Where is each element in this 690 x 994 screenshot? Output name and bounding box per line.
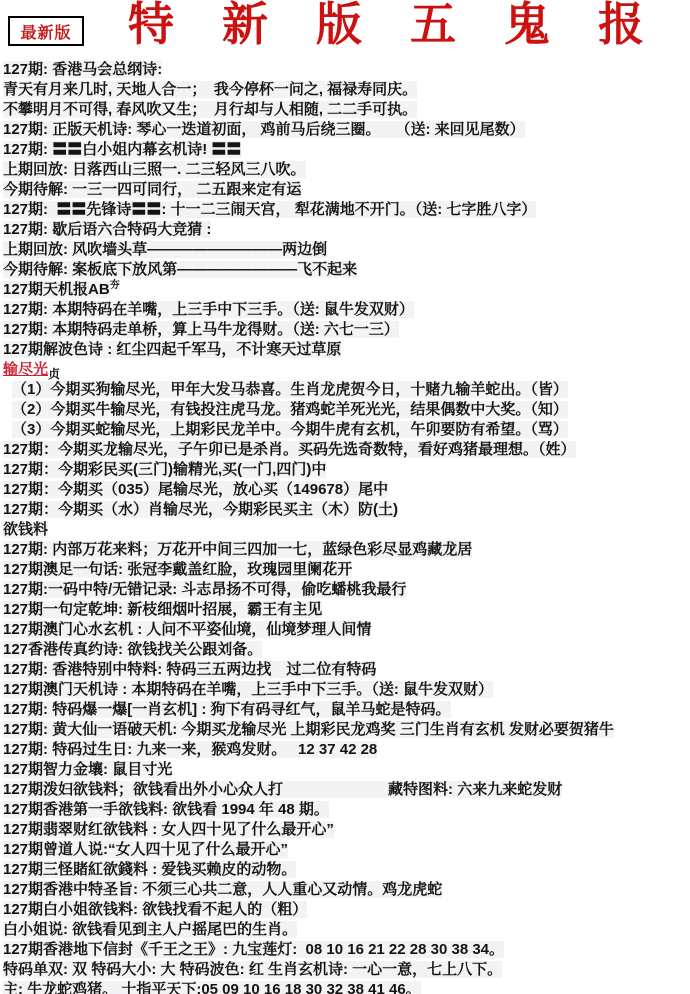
tip-line: 127期：今期买（035）尾输尽光，放心买（149678）尾中: [3, 480, 690, 500]
page-title: 特 新 版 五 鬼 报: [128, 0, 660, 52]
tip-line: 127期天机报AB夯: [3, 280, 690, 300]
tip-line: 127期香港地下信封《千王之王》: 九宝莲灯: 08 10 16 21 22 2…: [3, 940, 690, 960]
tip-line-text: 127期：今期买（035）尾输尽光，放心买（149678）尾中: [3, 481, 388, 498]
tip-line: 白小姐说: 欲钱看见到主人户摇尾巴的生肖。: [3, 920, 690, 940]
tip-line-text: 青天有月来几时, 天地人合一； 我今停杯一问之, 福禄寿同庆。: [3, 81, 417, 98]
tip-line-text: 127期：今期买龙输尽光，子午卯已是杀肖。买码先选奇数特，看好鸡猪最理想。（姓）: [3, 441, 576, 458]
tip-line: （3）今期买蛇输尽光，上期彩民龙羊中。今期牛虎有玄机，午卯要防有希望。（骂）: [3, 420, 690, 440]
tip-line: 不攀明月不可得, 春风吹又生； 月行却与人相随, 二二手可执。: [3, 100, 690, 120]
tip-line-text: 白小姐说: 欲钱看见到主人户摇尾巴的生肖。: [3, 921, 297, 938]
tip-line-text: 127香港传真约诗: 欲钱找关公跟刘备。: [3, 641, 262, 658]
tip-line: 127期:一码中特/无错记录: 斗志昂扬不可得，偷吃蟠桃我最行: [3, 580, 690, 600]
tip-line: 127期：今期彩民买(三门)输精光,买(一门,四门)中: [3, 460, 690, 480]
tip-line-text: 欲钱料: [3, 521, 48, 538]
tip-line-text: 127期曾道人说:“女人四十见了什么最开心”: [3, 841, 288, 858]
tip-line: 127期: 〓〓白小姐内幕玄机诗! 〓〓: [3, 140, 690, 160]
tip-line: 127期白小姐欲钱料: 欲钱找看不起人的（粗）: [3, 900, 690, 920]
tip-line: 主: 牛龙蛇鸡猪。 十指平天下:05 09 10 16 18 30 32 38 …: [3, 980, 690, 994]
tip-line: 欲钱料: [3, 520, 690, 540]
tip-line-text: 127期香港地下信封《千王之王》: 九宝莲灯: 08 10 16 21 22 2…: [3, 941, 504, 958]
tip-line: （1）今期买狗输尽光，甲年大发马恭喜。生肖龙虎贺今日，十赌九输羊蛇出。（皆）: [3, 380, 690, 400]
tip-line: 今期待解: 案板底下放风第————————飞不起来: [3, 260, 690, 280]
tips-list: 127期: 香港马会总纲诗:青天有月来几时, 天地人合一； 我今停杯一问之, 福…: [0, 56, 690, 994]
tip-line: 127期: 内部万花来料；万花开中间三四加一七，蓝绿色彩尽显鸡藏龙居: [3, 540, 690, 560]
tip-line-text: 特码单双: 双 特码大小: 大 特码波色: 红 生肖玄机诗: 一心一意，七上八下…: [3, 961, 502, 978]
tip-line: 127期香港第一手欲钱料: 欲钱看 1994 年 48 期。: [3, 800, 690, 820]
superscript-glyph: 夯: [110, 280, 120, 291]
tip-line: （2）今期买牛输尽光，有钱投注虎马龙。猪鸡蛇羊死光光，结果偶数中大奖。（知）: [3, 400, 690, 420]
tip-line: 今期待解: 一三一四可同行， 二五跟来定有运: [3, 180, 690, 200]
tip-line-text: 今期待解: 一三一四可同行， 二五跟来定有运: [3, 181, 301, 198]
tip-line: 上期回放: 日落西山三照一. 二三轻风三八吹。: [3, 160, 690, 180]
tip-line: 127期: 香港特别中特料: 特码三五两边找 过二位有特码: [3, 660, 690, 680]
tip-line: 127期一句定乾坤: 新枝细烟叶招展，霸王有主见: [3, 600, 690, 620]
tip-line-text: 127期: 〓〓先锋诗〓〓: 十一二三闹天宫， 犁花满地不开门。（送: 七字胜八…: [3, 201, 536, 218]
tip-line-text: 127期一句定乾坤: 新枝细烟叶招展，霸王有主见: [3, 601, 322, 618]
tip-line: 127香港传真约诗: 欲钱找关公跟刘备。: [3, 640, 690, 660]
tip-line: 127期: 本期特码在羊嘴，上三手中下三手。（送: 鼠牛发双财）: [3, 300, 690, 320]
tip-line-text: 127期：今期买（水）肖输尽光，今期彩民买主（木）防(土): [3, 501, 398, 518]
tip-line-text: 127期: 特码过生日: 九来一来，猴鸡发财。 12 37 42 28: [3, 741, 377, 758]
tip-line: 青天有月来几时, 天地人合一； 我今停杯一问之, 福禄寿同庆。: [3, 80, 690, 100]
tip-line-text: 127期香港中特圣旨: 不须三心共二意，人人重心又动情。鸡龙虎蛇: [3, 881, 442, 898]
tip-line-text: 127期三怪賭紅欲錢料 : 爱钱买赖皮的动物。: [3, 861, 296, 878]
tip-line: 127期: 特码爆一爆[一肖玄机] : 狗下有码寻红气，鼠羊马蛇是特码。: [3, 700, 690, 720]
tip-line: 特码单双: 双 特码大小: 大 特码波色: 红 生肖玄机诗: 一心一意，七上八下…: [3, 960, 690, 980]
tip-line: 127期: 黄大仙一语破天机: 今期买龙输尽光 上期彩民龙鸡奖 三门生肖有玄机 …: [3, 720, 690, 740]
tip-line: 127期: 香港马会总纲诗:: [3, 60, 690, 80]
tip-line: 127期：今期买（水）肖输尽光，今期彩民买主（木）防(土): [3, 500, 690, 520]
tip-line: 127期：今期买龙输尽光，子午卯已是杀肖。买码先选奇数特，看好鸡猪最理想。（姓）: [3, 440, 690, 460]
tip-line-text: 127期:一码中特/无错记录: 斗志昂扬不可得，偷吃蟠桃我最行: [3, 581, 406, 598]
tip-line-text: 127期白小姐欲钱料: 欲钱找看不起人的（粗）: [3, 901, 307, 918]
tip-line-text: 127期香港第一手欲钱料: 欲钱看 1994 年 48 期。: [3, 801, 329, 818]
tip-line: 127期澳门天机诗 : 本期特码在羊嘴，上三手中下三手。（送: 鼠牛发双财）: [3, 680, 690, 700]
tip-line-text: 主: 牛龙蛇鸡猪。 十指平天下:05 09 10 16 18 30 32 38 …: [3, 981, 421, 994]
tip-line: 127期智力金壤: 鼠目寸光: [3, 760, 690, 780]
edition-badge: 最新版: [8, 16, 84, 46]
tip-line-text: 127期：今期彩民买(三门)输精光,买(一门,四门)中: [3, 461, 326, 478]
tip-line-text: （2）今期买牛输尽光，有钱投注虎马龙。猪鸡蛇羊死光光，结果偶数中大奖。（知）: [12, 401, 568, 418]
masthead: 最新版 特 新 版 五 鬼 报: [0, 0, 690, 56]
tip-line-text: 127期澳足一句话: 张冠李戴盖红脸，玫瑰园里阑花开: [3, 561, 352, 578]
tip-line-text: 127期: 黄大仙一语破天机: 今期买龙输尽光 上期彩民龙鸡奖 三门生肖有玄机 …: [3, 721, 614, 738]
tip-line: 127期曾道人说:“女人四十见了什么最开心”: [3, 840, 690, 860]
tip-line: 127期三怪賭紅欲錢料 : 爱钱买赖皮的动物。: [3, 860, 690, 880]
stray-glyph: 贞: [48, 367, 60, 381]
tip-line-text: 127期: 香港特别中特料: 特码三五两边找 过二位有特码: [3, 661, 376, 678]
tip-line-text: 127期泼妇欲钱料；欲钱看出外小心众人打 藏特图料: 六来九来蛇发财: [3, 781, 562, 798]
tip-line: 127期: 特码过生日: 九来一来，猴鸡发财。 12 37 42 28: [3, 740, 690, 760]
tip-line: 127期: 本期特码走单桥，算上马牛龙得财。（送: 六七一三）: [3, 320, 690, 340]
tip-line-text: 127期智力金壤: 鼠目寸光: [3, 761, 172, 778]
tip-line: 127期澳足一句话: 张冠李戴盖红脸，玫瑰园里阑花开: [3, 560, 690, 580]
tip-line-text: 127期翡翠财红欲钱料 : 女人四十见了什么最开心”: [3, 821, 334, 838]
tip-line-text: 127期: 正版天机诗: 琴心一迭道初面， 鸡前马后绕三圈。 （送: 来回见尾数…: [3, 121, 525, 138]
tip-line-text: 127期: 本期特码在羊嘴，上三手中下三手。（送: 鼠牛发双财）: [3, 301, 414, 318]
tip-line-text: 127期: 内部万花来料；万花开中间三四加一七，蓝绿色彩尽显鸡藏龙居: [3, 541, 472, 558]
tip-line: 127期翡翠财红欲钱料 : 女人四十见了什么最开心”: [3, 820, 690, 840]
tip-line-text: 今期待解: 案板底下放风第————————飞不起来: [3, 261, 357, 278]
tip-line-text: 不攀明月不可得, 春风吹又生； 月行却与人相随, 二二手可执。: [3, 101, 417, 118]
tip-line-text: 127期澳门心水玄机 : 人问不平姿仙境，仙境梦理人间情: [3, 621, 371, 638]
tip-line-text: 127期: 特码爆一爆[一肖玄机] : 狗下有码寻红气，鼠羊马蛇是特码。: [3, 701, 451, 718]
tip-line-text: 上期回放: 日落西山三照一. 二三轻风三八吹。: [3, 161, 306, 178]
section-header-line: 输尽光贞: [3, 360, 690, 380]
tip-line-text: 127期: 〓〓白小姐内幕玄机诗! 〓〓: [3, 141, 241, 158]
tip-line-text: （3）今期买蛇输尽光，上期彩民龙羊中。今期牛虎有玄机，午卯要防有希望。（骂）: [12, 421, 568, 438]
tip-line-text: 127期天机报AB: [3, 281, 110, 298]
tip-line: 127期: 歇后语六合特码大竞猜 :: [3, 220, 690, 240]
tip-line: 127期泼妇欲钱料；欲钱看出外小心众人打 藏特图料: 六来九来蛇发财: [3, 780, 690, 800]
tip-line-text: 127期: 歇后语六合特码大竞猜 :: [3, 221, 211, 238]
tip-line-text: 127期: 香港马会总纲诗:: [3, 61, 162, 78]
tip-line-text: 输尽光: [3, 361, 48, 378]
tip-line: 127期澳门心水玄机 : 人问不平姿仙境，仙境梦理人间情: [3, 620, 690, 640]
tip-line: 127期香港中特圣旨: 不须三心共二意，人人重心又动情。鸡龙虎蛇: [3, 880, 690, 900]
tip-line-text: （1）今期买狗输尽光，甲年大发马恭喜。生肖龙虎贺今日，十赌九输羊蛇出。（皆）: [12, 381, 568, 398]
tip-line-text: 上期回放: 风吹墙头草—————————两边倒: [3, 241, 327, 258]
tip-line: 127期: 正版天机诗: 琴心一迭道初面， 鸡前马后绕三圈。 （送: 来回见尾数…: [3, 120, 690, 140]
tip-line: 上期回放: 风吹墙头草—————————两边倒: [3, 240, 690, 260]
tip-line-text: 127期解波色诗 : 红尘四起千军马，不计寒天过草原: [3, 341, 341, 358]
tip-line-text: 127期澳门天机诗 : 本期特码在羊嘴，上三手中下三手。（送: 鼠牛发双财）: [3, 681, 493, 698]
tip-line-text: 127期: 本期特码走单桥，算上马牛龙得财。（送: 六七一三）: [3, 321, 399, 338]
tip-line: 127期解波色诗 : 红尘四起千军马，不计寒天过草原: [3, 340, 690, 360]
page: 最新版 特 新 版 五 鬼 报 127期: 香港马会总纲诗:青天有月来几时, 天…: [0, 0, 690, 994]
tip-line: 127期: 〓〓先锋诗〓〓: 十一二三闹天宫， 犁花满地不开门。（送: 七字胜八…: [3, 200, 690, 220]
